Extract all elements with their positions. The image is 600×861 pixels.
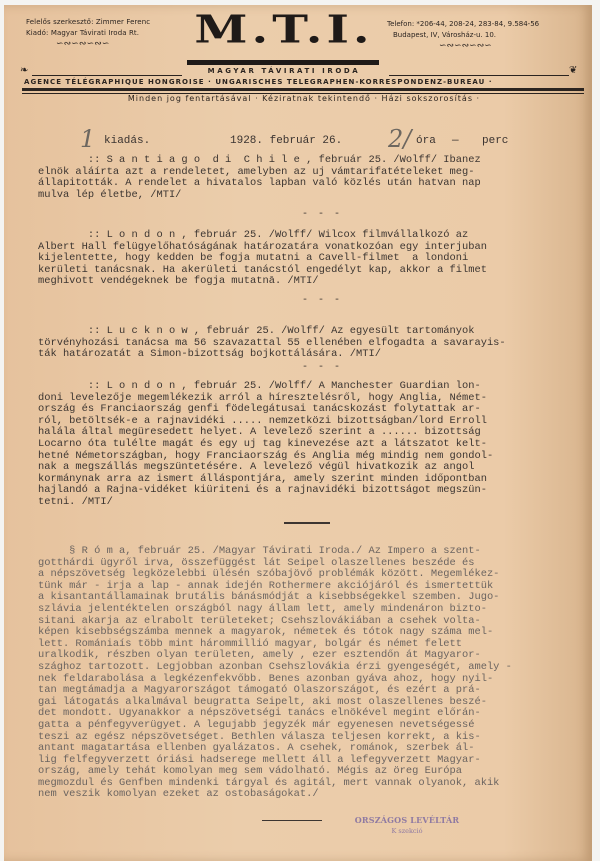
text-line: :: S a n t i a g o d i C h i l e , febru… — [38, 155, 558, 167]
minute-value: — — [452, 135, 459, 147]
separator-line — [284, 522, 330, 524]
phone-line: Telefon: *206-44, 208-24, 283-84, 9.584-… — [387, 19, 539, 30]
text-line: meghivott vendégeknek be fogja mutatnā. … — [38, 276, 558, 288]
agency-line: AGENCE TÉLÉGRAPHIQUE HONGROISE · UNGARIS… — [24, 78, 584, 86]
rights-line: Minden jog fentartásával · Kéziratnak te… — [44, 94, 564, 103]
text-line: tetni. /MTI/ — [38, 497, 558, 509]
separator-line — [262, 820, 322, 821]
text-line: nem veszik komolyan ezeket az ostobaságo… — [38, 789, 558, 801]
text-line: :: L u c k n o w , február 25. /Wolff/ A… — [38, 326, 558, 338]
publisher-line: Kiadó: Magyar Távirati Iroda Rt. — [26, 28, 150, 39]
header-rule — [22, 88, 584, 91]
text-line: antant magatartása ellenben gyalázatos. … — [38, 743, 558, 755]
text-line: szlávia jelentéktelen országból nagy áll… — [38, 604, 558, 616]
address-line: Budapest, IV, Városház-u. 10. — [387, 30, 539, 41]
letterhead-left: Felelős szerkesztő: Zimmer Ferenc Kiadó:… — [26, 17, 150, 39]
text-line: gatta a pénfegyverügyet. A legujabb jegy… — [38, 720, 558, 732]
text-line: képen kisebbségszámba mennek a magyarok,… — [38, 627, 558, 639]
minute-label: perc — [482, 135, 508, 147]
edition-number: 1 — [80, 125, 95, 153]
article-london-wilcox: :: L o n d o n , február 25. /Wolff/ Wil… — [38, 230, 558, 288]
text-line: mulva lép életbe, /MTI/ — [38, 190, 558, 202]
scroll-ornament-icon: ❦ — [569, 65, 577, 76]
stamp-title: ORSZÁGOS LEVÉLTÁR — [352, 815, 462, 825]
text-line: :: L o n d o n , február 25. /Wolff/ Wil… — [38, 230, 558, 242]
text-line: hajlandó a Rajna-vidéket kiüriteni és a … — [38, 485, 558, 497]
scroll-ornament-icon: ❧ — [20, 65, 28, 76]
article-london-guardian: :: L o n d o n , február 25. /Wolff/ A M… — [38, 381, 558, 509]
article-santiago: :: S a n t i a g o d i C h i l e , febru… — [38, 155, 558, 201]
text-line: ták határozatát a Simon-bizottság bojkot… — [38, 349, 558, 361]
article-roma: § R ó m a, február 25. /Magyar Távirati … — [38, 546, 558, 801]
agency-subtitle: MAGYAR TÁVIRATI IRODA — [184, 67, 384, 75]
ornament-icon: ∽∾∽∾∽∾∽ — [439, 41, 492, 52]
divider — [389, 75, 569, 76]
hour-label: óra — [416, 135, 436, 147]
divider — [32, 75, 182, 76]
hour-handwritten: 2/ — [388, 125, 411, 153]
document-page: Felelős szerkesztő: Zimmer Ferenc Kiadó:… — [4, 5, 592, 861]
mti-logo: M.T.I. — [184, 12, 384, 47]
text-line: § R ó m a, február 25. /Magyar Távirati … — [38, 546, 558, 558]
text-line: :: L o n d o n , február 25. /Wolff/ A M… — [38, 381, 558, 393]
text-line: szághoz tartozott. Legjobban azonban Cse… — [38, 662, 558, 674]
separator: - - - — [302, 295, 342, 306]
ornament-icon: ∽∾∽∾∽∾∽ — [56, 39, 110, 50]
stamp-section: K szekció — [352, 827, 462, 835]
separator: - - - — [302, 209, 342, 220]
article-lucknow: :: L u c k n o w , február 25. /Wolff/ A… — [38, 326, 558, 361]
text-line: nak a megszállás megszüntetésére. A leve… — [38, 462, 558, 474]
text-line: tan megtámadja a Magyarországot támogató… — [38, 685, 558, 697]
archive-stamp: ORSZÁGOS LEVÉLTÁR K szekció — [352, 815, 462, 835]
editor-line: Felelős szerkesztő: Zimmer Ferenc — [26, 17, 150, 28]
logo-underline — [187, 60, 379, 65]
letterhead-right: Telefon: *206-44, 208-24, 283-84, 9.584-… — [387, 19, 539, 41]
separator: - - - — [302, 362, 342, 373]
edition-date: 1928. február 26. — [230, 135, 342, 147]
text-line: Locarno óta tulélte magát és egy uj tag … — [38, 439, 558, 451]
edition-label: kiadás. — [104, 135, 150, 147]
